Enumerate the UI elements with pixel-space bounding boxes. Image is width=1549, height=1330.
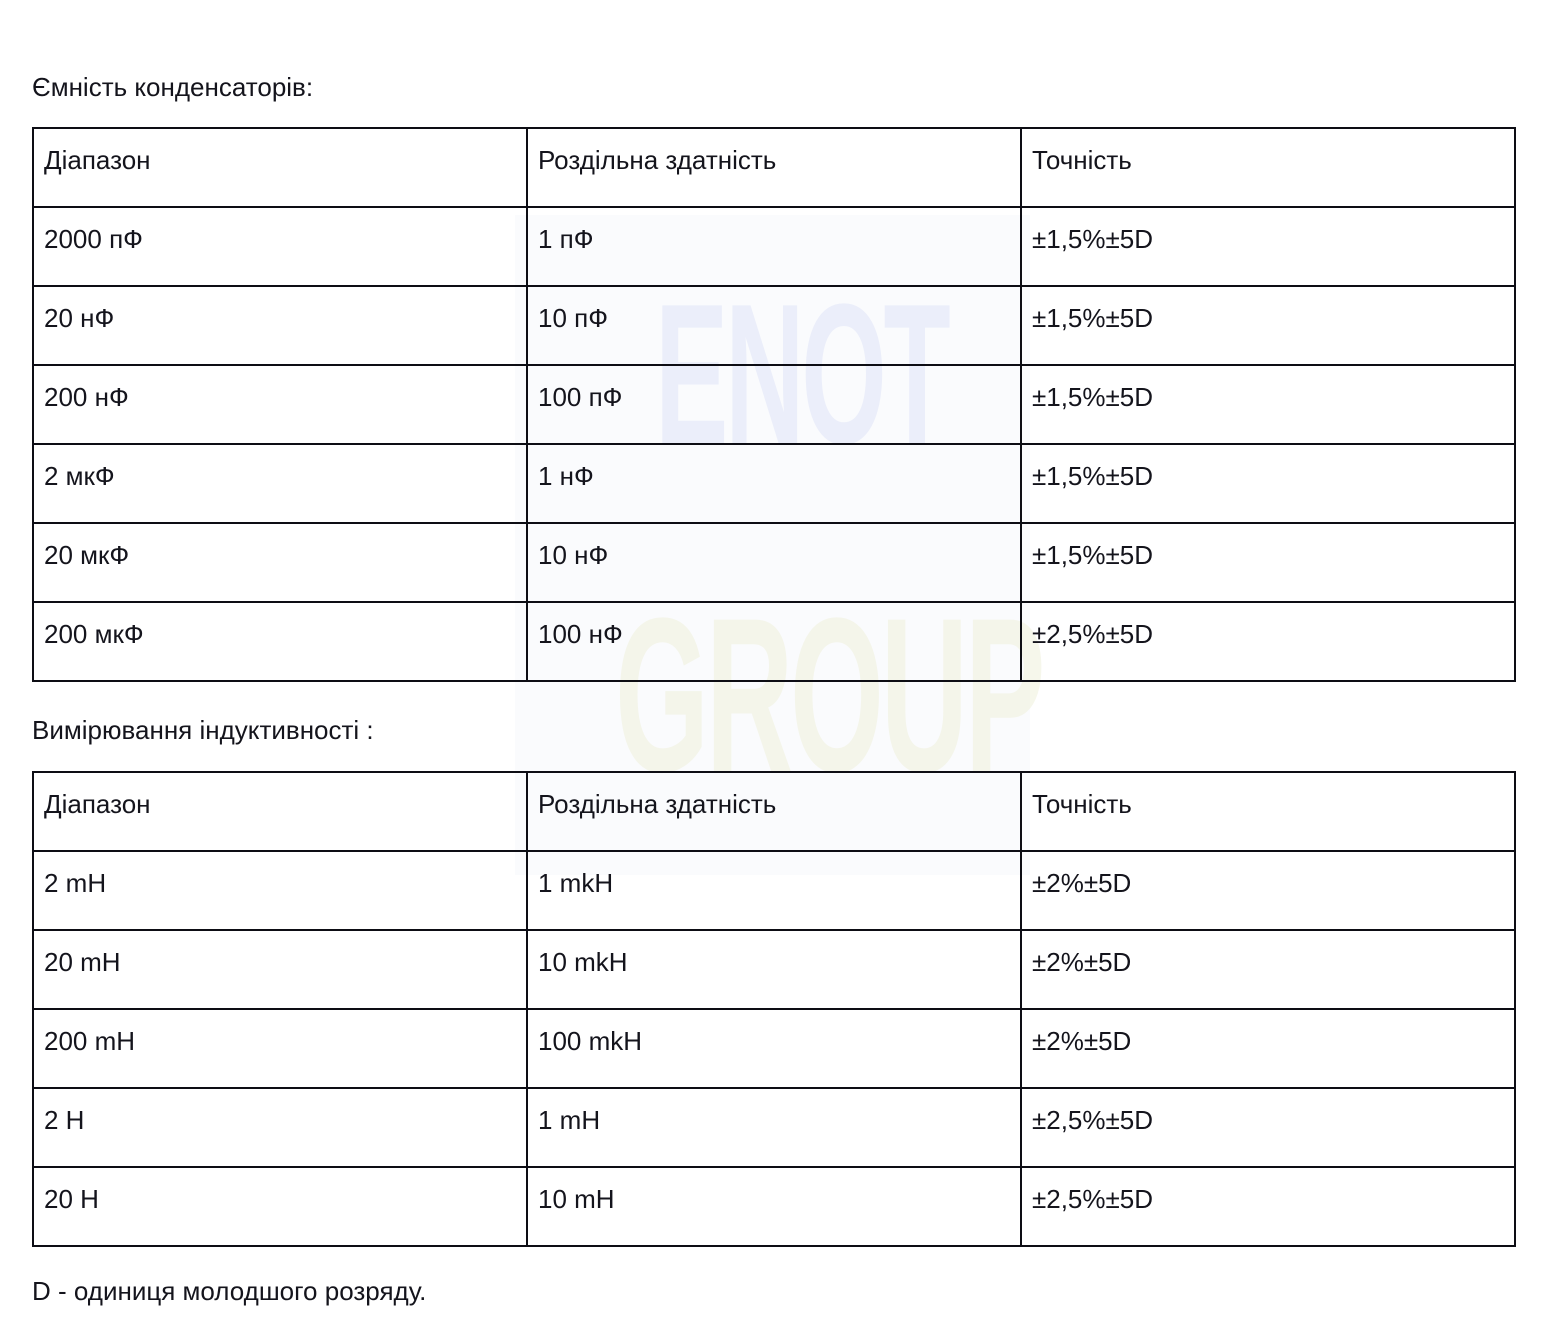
table-row: 20 mH 10 mkH ±2%±5D (33, 930, 1515, 1009)
header-resolution: Роздільна здатність (527, 128, 1021, 207)
inductance-table: Діапазон Роздільна здатність Точність 2 … (32, 771, 1516, 1247)
cell-range: 200 mH (33, 1009, 527, 1088)
cell-range: 2 мкФ (33, 444, 527, 523)
table-row: 200 нФ 100 пФ ±1,5%±5D (33, 365, 1515, 444)
cell-accuracy: ±1,5%±5D (1021, 365, 1515, 444)
cell-resolution: 10 mH (527, 1167, 1021, 1246)
cell-resolution: 1 пФ (527, 207, 1021, 286)
table-row: 200 mH 100 mkH ±2%±5D (33, 1009, 1515, 1088)
cell-range: 20 нФ (33, 286, 527, 365)
cell-accuracy: ±2%±5D (1021, 851, 1515, 930)
cell-accuracy: ±1,5%±5D (1021, 207, 1515, 286)
cell-range: 20 H (33, 1167, 527, 1246)
cell-accuracy: ±2,5%±5D (1021, 602, 1515, 681)
table-row: 20 нФ 10 пФ ±1,5%±5D (33, 286, 1515, 365)
table-row: 20 H 10 mH ±2,5%±5D (33, 1167, 1515, 1246)
cell-range: 200 мкФ (33, 602, 527, 681)
cell-range: 20 мкФ (33, 523, 527, 602)
cell-range: 2 mH (33, 851, 527, 930)
cell-accuracy: ±2%±5D (1021, 930, 1515, 1009)
cell-resolution: 100 нФ (527, 602, 1021, 681)
cell-accuracy: ±1,5%±5D (1021, 523, 1515, 602)
header-resolution: Роздільна здатність (527, 772, 1021, 851)
header-range: Діапазон (33, 772, 527, 851)
cell-accuracy: ±1,5%±5D (1021, 286, 1515, 365)
cell-resolution: 10 нФ (527, 523, 1021, 602)
cell-accuracy: ±2,5%±5D (1021, 1088, 1515, 1167)
table-row: 2 mH 1 mkH ±2%±5D (33, 851, 1515, 930)
capacitance-table: Діапазон Роздільна здатність Точність 20… (32, 127, 1516, 682)
inductance-caption: Вимірювання індуктивності : (32, 715, 374, 745)
cell-accuracy: ±1,5%±5D (1021, 444, 1515, 523)
cell-accuracy: ±2,5%±5D (1021, 1167, 1515, 1246)
capacitance-caption: Ємність конденсаторів: (32, 72, 313, 102)
header-accuracy: Точність (1021, 772, 1515, 851)
footnote: D - одиниця молодшого розряду. (32, 1276, 426, 1306)
cell-range: 2000 пФ (33, 207, 527, 286)
cell-range: 20 mH (33, 930, 527, 1009)
table-row: 2 мкФ 1 нФ ±1,5%±5D (33, 444, 1515, 523)
table-row: 20 мкФ 10 нФ ±1,5%±5D (33, 523, 1515, 602)
cell-resolution: 10 пФ (527, 286, 1021, 365)
cell-resolution: 10 mkH (527, 930, 1021, 1009)
header-range: Діапазон (33, 128, 527, 207)
cell-range: 2 H (33, 1088, 527, 1167)
cell-resolution: 100 mkH (527, 1009, 1021, 1088)
cell-resolution: 1 mkH (527, 851, 1021, 930)
cell-resolution: 1 mH (527, 1088, 1021, 1167)
cell-range: 200 нФ (33, 365, 527, 444)
cell-accuracy: ±2%±5D (1021, 1009, 1515, 1088)
table-row: 2 H 1 mH ±2,5%±5D (33, 1088, 1515, 1167)
table-row: 2000 пФ 1 пФ ±1,5%±5D (33, 207, 1515, 286)
table-header-row: Діапазон Роздільна здатність Точність (33, 772, 1515, 851)
cell-resolution: 1 нФ (527, 444, 1021, 523)
cell-resolution: 100 пФ (527, 365, 1021, 444)
table-header-row: Діапазон Роздільна здатність Точність (33, 128, 1515, 207)
header-accuracy: Точність (1021, 128, 1515, 207)
table-row: 200 мкФ 100 нФ ±2,5%±5D (33, 602, 1515, 681)
